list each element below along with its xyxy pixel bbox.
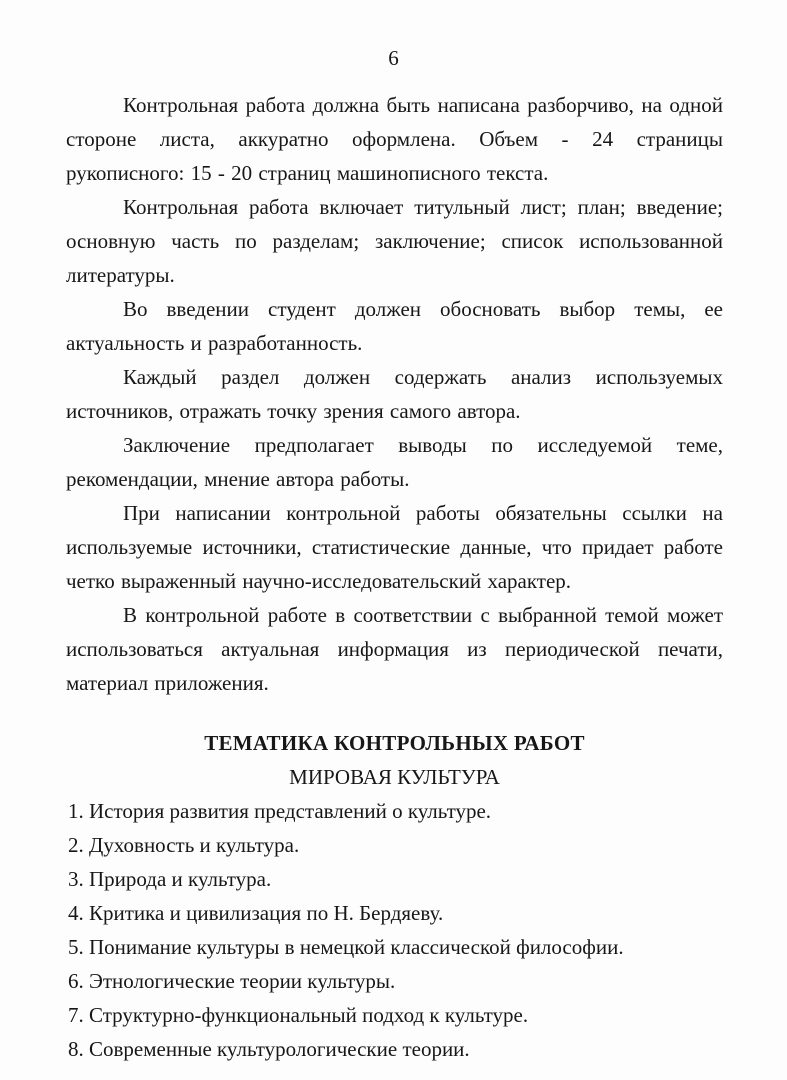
topics-list: 1. История развития представлений о куль… — [66, 794, 723, 1066]
list-item: 8. Современные культурологические теории… — [66, 1032, 723, 1066]
section-title: ТЕМАТИКА КОНТРОЛЬНЫХ РАБОТ — [66, 726, 723, 760]
document-page: 6 Контрольная работа должна быть написан… — [0, 0, 787, 1080]
topic-text: История развития представлений о культур… — [89, 794, 723, 828]
list-item: 7. Структурно-функциональный подход к ку… — [66, 998, 723, 1032]
page-number: 6 — [0, 46, 787, 70]
list-item: 4. Критика и цивилизация по Н. Бердяеву. — [66, 896, 723, 930]
paragraph: В контрольной работе в соответствии с вы… — [66, 598, 723, 700]
topic-number: 1. — [66, 794, 89, 828]
paragraph: Во введении студент должен обосновать вы… — [66, 292, 723, 360]
topic-number: 6. — [66, 964, 89, 998]
list-item: 2. Духовность и культура. — [66, 828, 723, 862]
paragraph: При написании контрольной работы обязате… — [66, 496, 723, 598]
paragraph: Каждый раздел должен содержать анализ ис… — [66, 360, 723, 428]
list-item: 3. Природа и культура. — [66, 862, 723, 896]
topic-text: Современные культурологические теории. — [89, 1032, 723, 1066]
topic-number: 5. — [66, 930, 89, 964]
paragraph: Контрольная работа должна быть написана … — [66, 88, 723, 190]
topic-number: 4. — [66, 896, 89, 930]
section-subtitle: МИРОВАЯ КУЛЬТУРА — [66, 760, 723, 794]
page-content: Контрольная работа должна быть написана … — [66, 88, 723, 1066]
topic-number: 3. — [66, 862, 89, 896]
list-item: 1. История развития представлений о куль… — [66, 794, 723, 828]
paragraph: Заключение предполагает выводы по исслед… — [66, 428, 723, 496]
topic-number: 8. — [66, 1032, 89, 1066]
topic-text: Структурно-функциональный подход к культ… — [89, 998, 723, 1032]
list-item: 6. Этнологические теории культуры. — [66, 964, 723, 998]
topic-number: 2. — [66, 828, 89, 862]
topic-number: 7. — [66, 998, 89, 1032]
topic-text: Духовность и культура. — [89, 828, 723, 862]
topic-text: Критика и цивилизация по Н. Бердяеву. — [89, 896, 723, 930]
topic-text: Этнологические теории культуры. — [89, 964, 723, 998]
topic-text: Понимание культуры в немецкой классическ… — [89, 930, 723, 964]
topic-text: Природа и культура. — [89, 862, 723, 896]
list-item: 5. Понимание культуры в немецкой классич… — [66, 930, 723, 964]
paragraph: Контрольная работа включает титульный ли… — [66, 190, 723, 292]
